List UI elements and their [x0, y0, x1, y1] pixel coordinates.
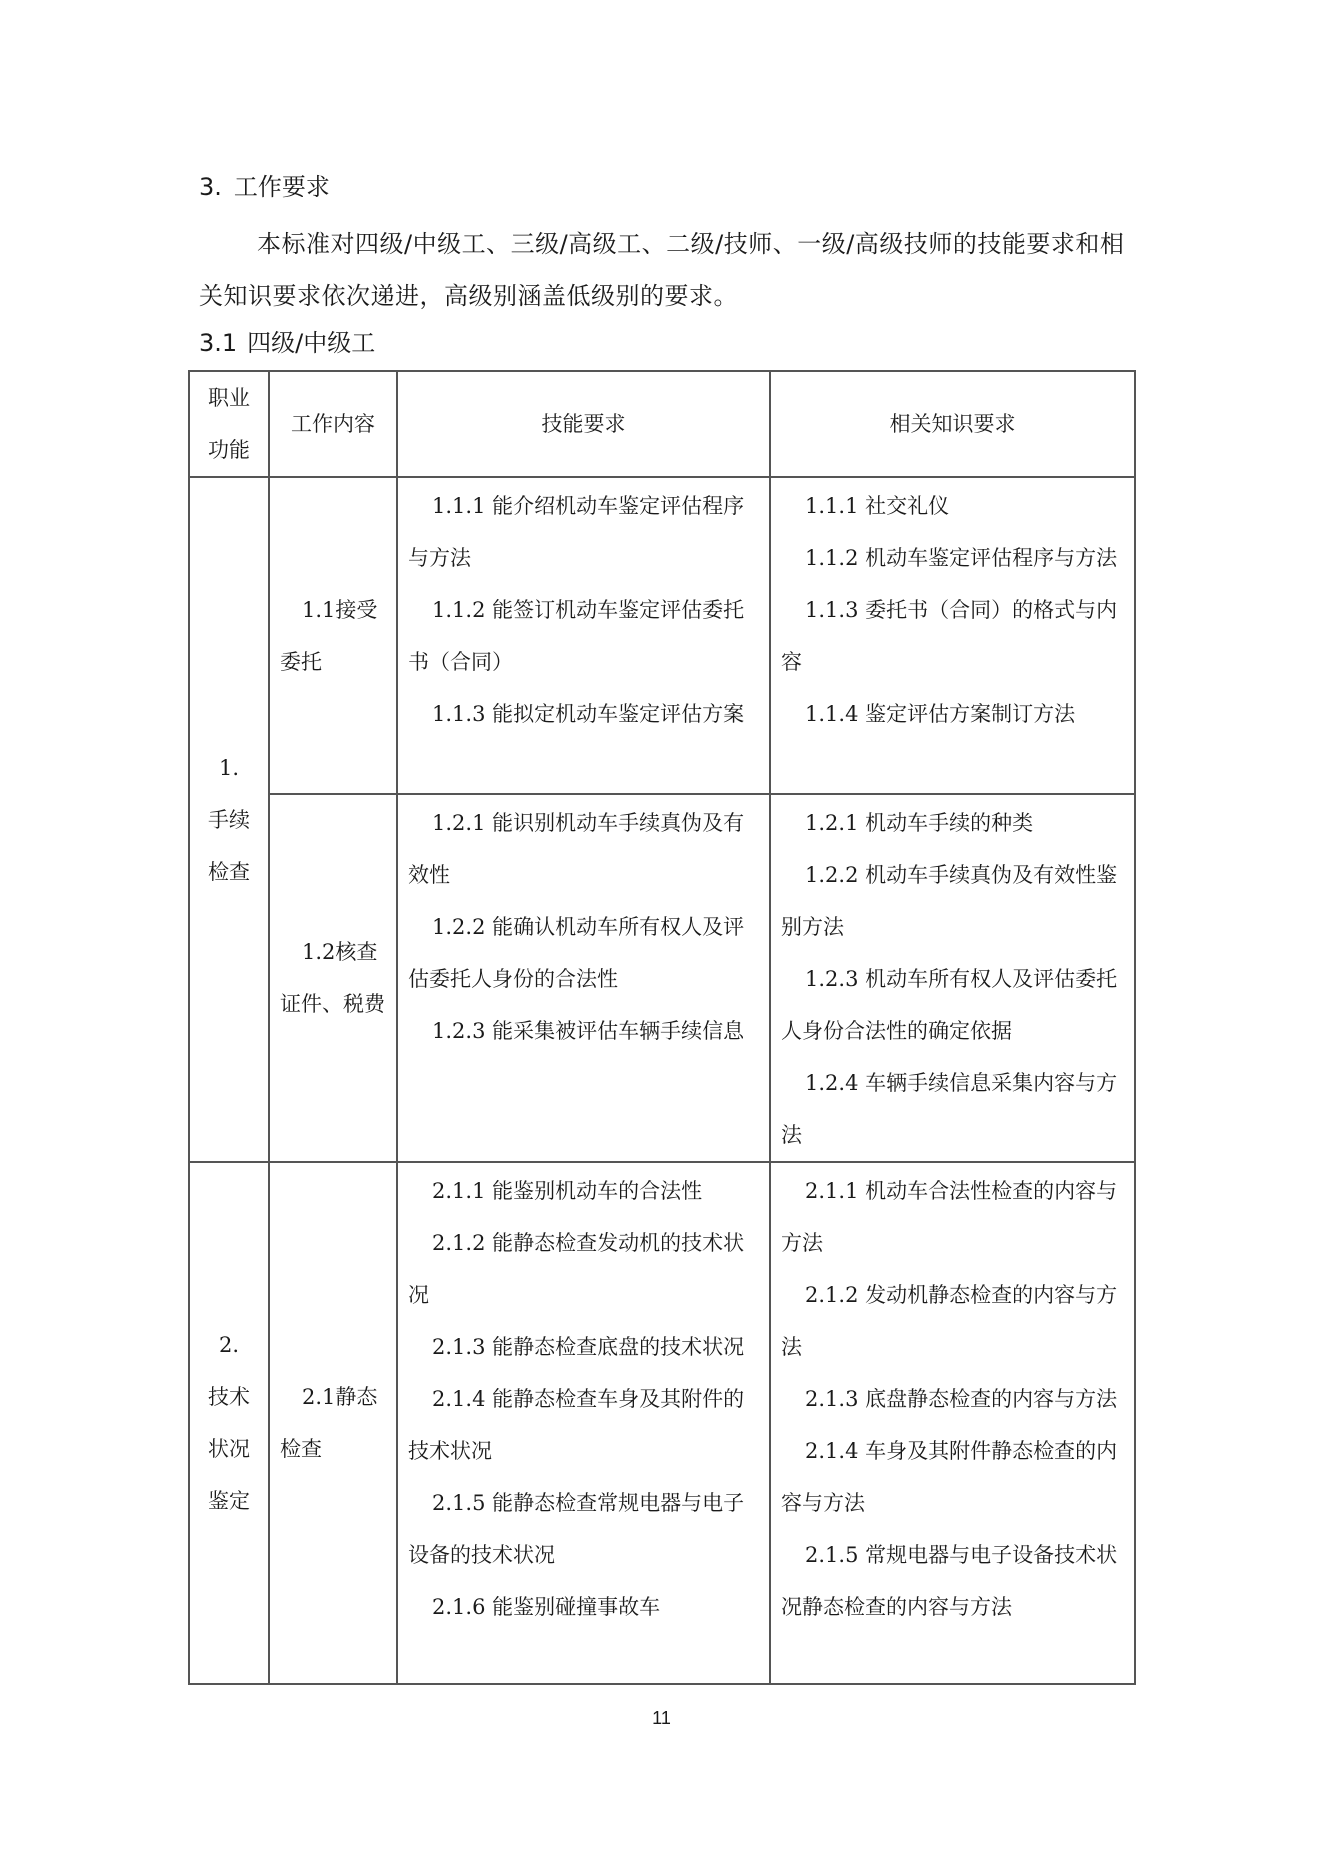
skill-item: 2.1.1 能鉴别机动车的合法性	[408, 1165, 759, 1217]
knowledge-item: 2.1.2 发动机静态检查的内容与方法	[781, 1269, 1124, 1373]
header-skills: 技能要求	[397, 371, 770, 477]
knowledge-item: 1.2.1 机动车手续的种类	[781, 797, 1124, 849]
knowledge-item: 1.2.3 机动车所有权人及评估委托人身份合法性的确定依据	[781, 953, 1124, 1057]
requirements-table: 职业 功能 工作内容 技能要求 相关知识要求 1. 手续 检查 1.1接受委托 …	[188, 370, 1136, 1685]
skill-item: 1.1.1 能介绍机动车鉴定评估程序与方法	[408, 480, 759, 584]
skill-item: 1.1.2 能签订机动车鉴定评估委托书（合同）	[408, 584, 759, 688]
function-line: 状况	[194, 1423, 264, 1475]
skills-cell: 2.1.1 能鉴别机动车的合法性 2.1.2 能静态检查发动机的技术状况 2.1…	[397, 1162, 770, 1684]
function-line: 手续	[194, 794, 264, 846]
section-heading: 3.工作要求	[199, 170, 330, 204]
function-line: 1.	[194, 742, 264, 794]
knowledge-cell: 1.1.1 社交礼仪 1.1.2 机动车鉴定评估程序与方法 1.1.3 委托书（…	[770, 477, 1135, 794]
function-cell: 1. 手续 检查	[189, 477, 269, 1162]
skill-item: 1.1.3 能拟定机动车鉴定评估方案	[408, 688, 759, 740]
knowledge-item: 1.1.4 鉴定评估方案制订方法	[781, 688, 1124, 740]
knowledge-item: 1.1.2 机动车鉴定评估程序与方法	[781, 532, 1124, 584]
skill-item: 2.1.5 能静态检查常规电器与电子设备的技术状况	[408, 1477, 759, 1581]
table-row: 2. 技术 状况 鉴定 2.1静态检查 2.1.1 能鉴别机动车的合法性 2.1…	[189, 1162, 1135, 1684]
knowledge-cell: 2.1.1 机动车合法性检查的内容与方法 2.1.2 发动机静态检查的内容与方法…	[770, 1162, 1135, 1684]
knowledge-item: 1.2.4 车辆手续信息采集内容与方法	[781, 1057, 1124, 1161]
subsection-title: 四级/中级工	[247, 329, 375, 357]
table-row: 1.2核查证件、税费 1.2.1 能识别机动车手续真伪及有效性 1.2.2 能确…	[189, 794, 1135, 1162]
header-function: 职业 功能	[189, 371, 269, 477]
skill-item: 2.1.6 能鉴别碰撞事故车	[408, 1581, 759, 1633]
skills-cell: 1.1.1 能介绍机动车鉴定评估程序与方法 1.1.2 能签订机动车鉴定评估委托…	[397, 477, 770, 794]
skill-item: 1.2.1 能识别机动车手续真伪及有效性	[408, 797, 759, 901]
knowledge-cell: 1.2.1 机动车手续的种类 1.2.2 机动车手续真伪及有效性鉴别方法 1.2…	[770, 794, 1135, 1162]
header-knowledge: 相关知识要求	[770, 371, 1135, 477]
table-header-row: 职业 功能 工作内容 技能要求 相关知识要求	[189, 371, 1135, 477]
work-content-text: 1.1接受委托	[280, 584, 386, 688]
knowledge-item: 1.1.3 委托书（合同）的格式与内容	[781, 584, 1124, 688]
function-line: 技术	[194, 1371, 264, 1423]
skill-item: 2.1.2 能静态检查发动机的技术状况	[408, 1217, 759, 1321]
skill-item: 2.1.3 能静态检查底盘的技术状况	[408, 1321, 759, 1373]
function-line: 鉴定	[194, 1475, 264, 1527]
work-content-cell: 1.2核查证件、税费	[269, 794, 397, 1162]
page-number: 11	[0, 1708, 1323, 1729]
work-content-text: 1.2核查证件、税费	[280, 926, 386, 1030]
skill-item: 2.1.4 能静态检查车身及其附件的技术状况	[408, 1373, 759, 1477]
subsection-number: 3.1	[199, 329, 237, 357]
knowledge-item: 1.1.1 社交礼仪	[781, 480, 1124, 532]
function-line: 2.	[194, 1319, 264, 1371]
knowledge-item: 2.1.1 机动车合法性检查的内容与方法	[781, 1165, 1124, 1269]
skills-cell: 1.2.1 能识别机动车手续真伪及有效性 1.2.2 能确认机动车所有权人及评估…	[397, 794, 770, 1162]
work-content-cell: 2.1静态检查	[269, 1162, 397, 1684]
work-content-cell: 1.1接受委托	[269, 477, 397, 794]
knowledge-item: 2.1.4 车身及其附件静态检查的内容与方法	[781, 1425, 1124, 1529]
knowledge-item: 2.1.5 常规电器与电子设备技术状况静态检查的内容与方法	[781, 1529, 1124, 1633]
work-content-text: 2.1静态检查	[280, 1371, 386, 1475]
header-function-line: 职业	[190, 372, 268, 424]
knowledge-item: 1.2.2 机动车手续真伪及有效性鉴别方法	[781, 849, 1124, 953]
table-row: 1. 手续 检查 1.1接受委托 1.1.1 能介绍机动车鉴定评估程序与方法 1…	[189, 477, 1135, 794]
knowledge-item: 2.1.3 底盘静态检查的内容与方法	[781, 1373, 1124, 1425]
intro-paragraph: 本标准对四级/中级工、三级/高级工、二级/技师、一级/高级技师的技能要求和相关知…	[199, 218, 1139, 322]
section-title: 工作要求	[234, 173, 330, 201]
skill-item: 1.2.3 能采集被评估车辆手续信息	[408, 1005, 759, 1057]
subsection-heading: 3.1四级/中级工	[199, 326, 375, 360]
header-function-line: 功能	[190, 424, 268, 476]
skill-item: 1.2.2 能确认机动车所有权人及评估委托人身份的合法性	[408, 901, 759, 1005]
function-line: 检查	[194, 846, 264, 898]
function-cell: 2. 技术 状况 鉴定	[189, 1162, 269, 1684]
header-work-content: 工作内容	[269, 371, 397, 477]
section-number: 3.	[199, 173, 222, 201]
